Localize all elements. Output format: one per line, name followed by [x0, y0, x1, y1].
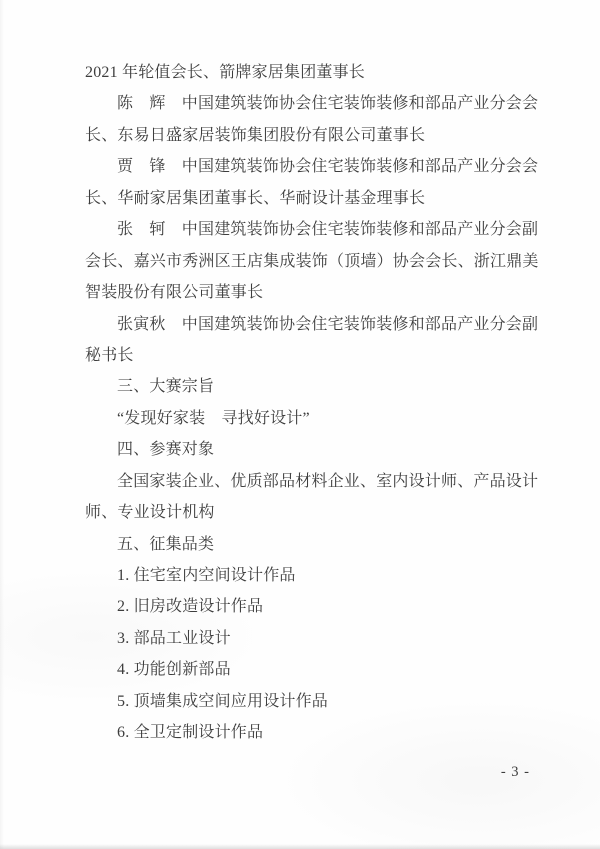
list-item: 6. 全卫定制设计作品 [85, 717, 537, 748]
list-item: 2. 旧房改造设计作品 [85, 591, 537, 622]
page-number: - 3 - [501, 763, 530, 781]
slogan-line: “发现好家装 寻找好设计” [85, 403, 537, 434]
section-heading: 四、参赛对象 [85, 434, 537, 465]
section-heading: 三、大赛宗旨 [85, 371, 537, 402]
text-line: 秘书长 [85, 340, 537, 371]
section-heading: 五、征集品类 [85, 529, 537, 560]
document-page: 2021 年轮值会长、箭牌家居集团董事长 陈 辉 中国建筑装饰协会住宅装饰装修和… [0, 0, 600, 849]
list-item: 4. 功能创新部品 [85, 654, 537, 685]
text-line: 张寅秋 中国建筑装饰协会住宅装饰装修和部品产业分会副 [85, 309, 537, 340]
text-line: 会长、嘉兴市秀洲区王店集成装饰（顶墙）协会会长、浙江鼎美 [85, 246, 537, 277]
text-line: 全国家装企业、优质部品材料企业、室内设计师、产品设计 [85, 466, 537, 497]
text-line: 智装股份有限公司董事长 [85, 277, 537, 308]
text-line: 长、东易日盛家居装饰集团股份有限公司董事长 [85, 120, 537, 151]
list-item: 3. 部品工业设计 [85, 623, 537, 654]
text-line: 师、专业设计机构 [85, 497, 537, 528]
text-line: 长、华耐家居集团董事长、华耐设计基金理事长 [85, 183, 537, 214]
document-body: 2021 年轮值会长、箭牌家居集团董事长 陈 辉 中国建筑装饰协会住宅装饰装修和… [85, 57, 537, 749]
list-item: 5. 顶墙集成空间应用设计作品 [85, 686, 537, 717]
text-line: 张 轲 中国建筑装饰协会住宅装饰装修和部品产业分会副 [85, 214, 537, 245]
text-line: 陈 辉 中国建筑装饰协会住宅装饰装修和部品产业分会会 [85, 88, 537, 119]
text-line: 贾 锋 中国建筑装饰协会住宅装饰装修和部品产业分会会 [85, 151, 537, 182]
text-line: 2021 年轮值会长、箭牌家居集团董事长 [85, 57, 537, 88]
list-item: 1. 住宅室内空间设计作品 [85, 560, 537, 591]
